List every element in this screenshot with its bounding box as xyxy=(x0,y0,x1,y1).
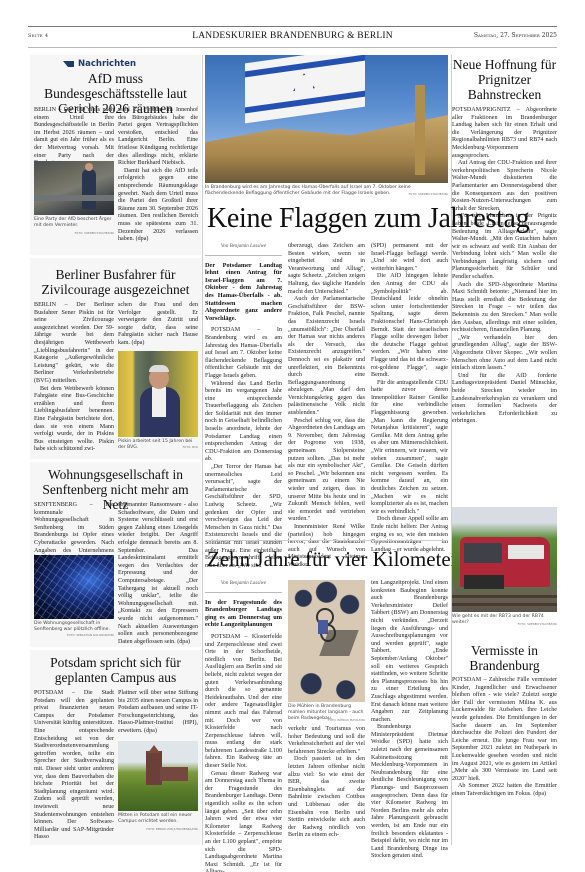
headline: Neue Hoffnung für Prignitzer Bahnstrecke… xyxy=(452,57,557,102)
article-text: Doch passiert ist in den letzten Jahren … xyxy=(288,756,365,840)
byline: Von Benjamin Lassiwe xyxy=(205,580,282,593)
article-keine-flaggen[interactable]: Keine Flaggen zum Jahrestag Von Benjamin… xyxy=(205,203,448,533)
photo-campus-tower xyxy=(118,741,198,811)
main-column: In Brandenburg wird es am Jahrestag des … xyxy=(205,55,448,855)
statue xyxy=(415,85,425,175)
article-text: ten Langzeitprojekt. Und einen konkreten… xyxy=(371,580,448,724)
photo-israel-flag xyxy=(205,55,448,183)
right-column: Neue Hoffnung für Prignitzer Bahnstrecke… xyxy=(452,55,557,855)
article-text: Bei dem Wettbewerb können Fahrgäste eine… xyxy=(34,386,114,454)
masthead: Seite 4 LANDESKURIER BRANDENBURG & BERLI… xyxy=(28,26,557,48)
article-radweg[interactable]: Zehn Jahre für vier Kilometer Radweg Von… xyxy=(205,548,448,848)
photo-credit: FOTO: SOEREN STACHE/DPA xyxy=(405,192,448,196)
article-text: (SPD) permanent mit der Israel-Flagge be… xyxy=(371,243,448,273)
article-text: Genau dieser Radweg war am Donnerstag au… xyxy=(205,771,282,872)
article-busfahrer[interactable]: Berliner Busfahrer für Zivilcourage ausg… xyxy=(30,267,201,457)
photo-caption: In Brandenburg wird es am Jahrestag des … xyxy=(205,185,420,197)
headline: Keine Flaggen zum Jahrestag xyxy=(207,203,457,234)
photo-keyboard xyxy=(34,555,114,619)
section-kicker: Nachrichten xyxy=(78,59,136,69)
flag xyxy=(245,55,365,123)
headline: Berliner Busfahrer für Zivilcourage ausg… xyxy=(34,267,197,297)
cyclist xyxy=(318,620,328,634)
article-text: Auch der Parlamentarische Geschäftsführe… xyxy=(288,296,365,418)
issue-date: Samstag, 27. September 2025 xyxy=(474,32,557,39)
article-text: sogenannter Ransomware - also Schadsoftw… xyxy=(118,502,198,646)
headline: Zehn Jahre für vier Kilometer Radweg xyxy=(207,548,457,572)
headline: Potsdam spricht sich für geplanten Campu… xyxy=(34,655,197,685)
article-vermisste[interactable]: Vermisste in Brandenburg POTSDAM – Zahlr… xyxy=(452,635,557,855)
headline: Vermisste in Brandenburg xyxy=(452,643,557,673)
photo-cyclist xyxy=(288,580,365,702)
article-text: BERLIN – Die AfD muss nach einem Urteil … xyxy=(34,107,114,168)
article-afd[interactable]: AfD muss Bundesgeschäftsstelle laut Geri… xyxy=(30,69,201,269)
article-prignitz[interactable]: Neue Hoffnung für Prignitzer Bahnstrecke… xyxy=(452,55,557,655)
article-text: schen die Frau und den Verfolger gestell… xyxy=(118,302,198,348)
article-text: POTSDAM – Klosterfelde und Zerpenschleus… xyxy=(205,634,282,771)
person-figure xyxy=(82,169,96,209)
article-text: „Für die Menschen in der Prignitz haben … xyxy=(452,213,557,281)
article-text: POTSDAM – Zahlreiche Fälle vermisster Ki… xyxy=(452,677,557,783)
article-text: Brandenburgs Ministerpräsident Dietmar W… xyxy=(371,724,448,861)
article-potsdam-campus[interactable]: Potsdam spricht sich für geplanten Campu… xyxy=(30,655,201,845)
article-lead: Der Potsdamer Landtag lehnt einen Antrag… xyxy=(205,262,282,323)
photo-credit: FOTO: BERND VON JUTRCZENKA/DPA xyxy=(118,827,198,831)
article-text: Die AfD hingegen lehnte den Antrag der C… xyxy=(371,273,448,379)
article-text: verkehr und Tourismus von hoher Bedeutun… xyxy=(288,726,365,756)
article-lead: In der Fragestunde des Brandenburger Lan… xyxy=(205,599,282,629)
article-text: überzeugt, dass Zeichen am Besten wirken… xyxy=(288,243,365,296)
article-text: Und für die AfD forderte Landtagsvizeprä… xyxy=(452,373,557,426)
article-text: „Wir verhandeln hier den grundlegenden A… xyxy=(452,335,557,373)
photo-credit: FOTO: SEBASTIAN GOLLNOW/DPA xyxy=(34,633,114,637)
photo-credit: FOTO: PATRICK PLEUL/DPA xyxy=(288,718,365,722)
photo-busfahrer xyxy=(118,351,198,437)
article-text: Für die antragstellende CDU hatte zuvor … xyxy=(371,380,448,517)
photo-afd-court xyxy=(34,161,114,215)
article-text: Damit hat sich die AfD teils erfolgreich… xyxy=(118,168,198,244)
newspaper-page: Seite 4 LANDESKURIER BRANDENBURG & BERLI… xyxy=(0,0,585,872)
photo-credit: FOTO: SOEREN STACHE/DPA xyxy=(34,231,114,235)
article-senftenberg[interactable]: Wohnungsgesellschaft in Senftenberg nich… xyxy=(30,467,201,642)
photo-caption: Eine Party der AfD beschert Ärger mit de… xyxy=(34,217,114,229)
article-text: POTSDAM/PRIGNITZ – Abgeordnete aller Fra… xyxy=(452,107,557,160)
building xyxy=(205,115,448,183)
photo-credit: FOTO: BVG xyxy=(118,445,198,449)
article-text: wahl 23. Februar im Innenhof des Bürogeb… xyxy=(118,107,198,168)
section-marker-icon xyxy=(63,61,74,67)
article-text: Plattner will über seine Stiftung bis 20… xyxy=(118,690,198,736)
article-text: Auf Antrag der CDU-Fraktion und ihrer ve… xyxy=(452,160,557,213)
rail-track xyxy=(452,595,557,598)
photo-credit: FOTO: SOEREN STACHE/DPA xyxy=(452,622,557,626)
byline: Von Benjamin Lassiwe xyxy=(205,243,282,256)
article-text: POTSDAM – In Brandenburg wird es am Jahr… xyxy=(205,327,282,380)
article-text: POTSDAM – Die Stadt Potsdam will den gep… xyxy=(34,690,114,842)
article-text: Ab Sommer 2022 hatten die Ermittler eine… xyxy=(452,783,557,798)
article-text: Auch die SPD-Abgeordnete Martina Maxi Sc… xyxy=(452,282,557,335)
article-text: Während das Land Berlin bereits im verga… xyxy=(205,381,282,465)
news-sidebar: Nachrichten AfD muss Bundesgeschäftsstel… xyxy=(30,55,201,845)
photo-caption: Die Wohnungsgesellschaft in Senftenberg … xyxy=(34,621,114,633)
article-text: BERLIN – Der Berliner Busfahrer Sener Pi… xyxy=(34,302,114,386)
photo-train xyxy=(452,507,557,612)
article-text: Peschel schlug vor, dass die Abgeordnete… xyxy=(288,418,365,524)
photo-caption: Mitten in Potsdam soll ein neuer Campus … xyxy=(118,813,198,825)
